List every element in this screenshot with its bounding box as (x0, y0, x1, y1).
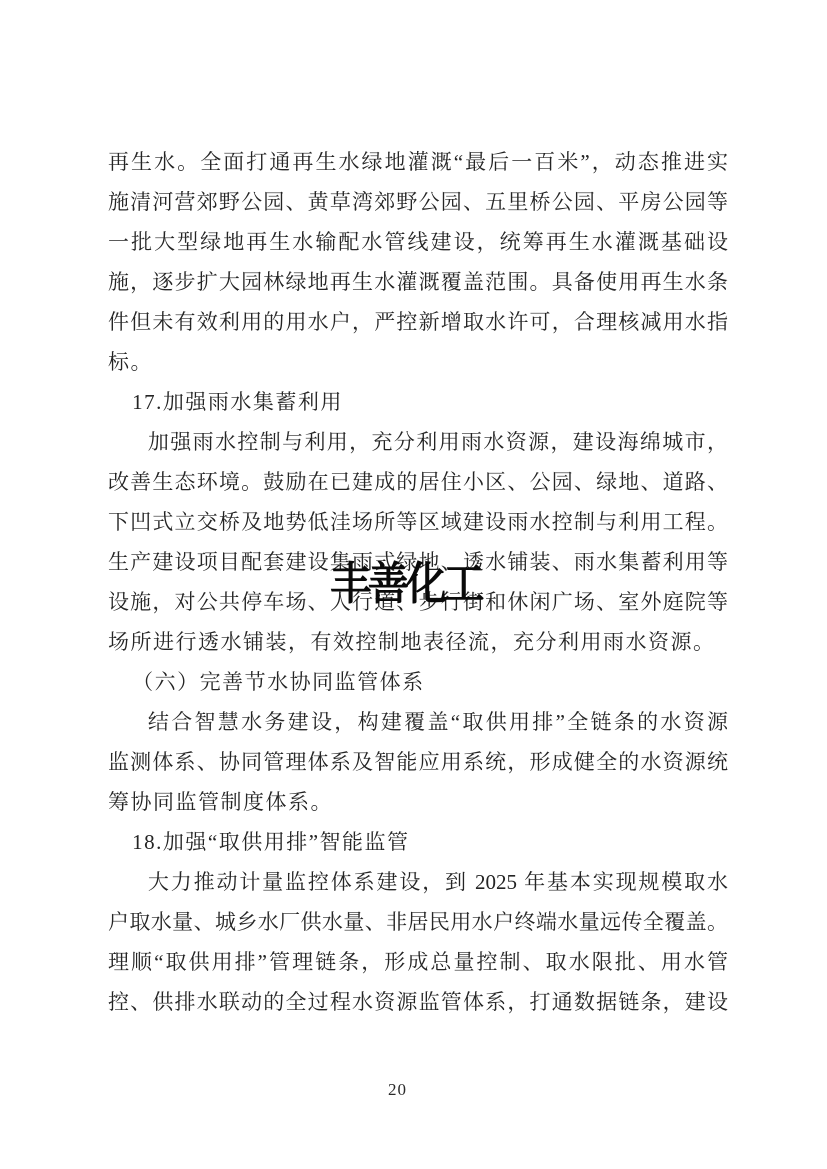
text-line: 理顺“取供用排”管理链条，形成总量控制、取水限批、用水管 (108, 942, 728, 982)
text-line: 场所进行透水铺装，有效控制地表径流，充分利用雨水资源。 (108, 622, 728, 662)
text-line: 17.加强雨水集蓄利用 (108, 382, 728, 422)
text-line: 施，逐步扩大园林绿地再生水灌溉覆盖范围。具备使用再生水条 (108, 262, 728, 302)
text-line: 加强雨水控制与利用，充分利用雨水资源，建设海绵城市， (108, 422, 728, 462)
text-line: 监测体系、协同管理体系及智能应用系统，形成健全的水资源统 (108, 742, 728, 782)
text-line: 一批大型绿地再生水输配水管线建设，统筹再生水灌溉基础设 (108, 222, 728, 262)
text-line: 标。 (108, 342, 728, 382)
text-line: 改善生态环境。鼓励在已建成的居住小区、公园、绿地、道路、 (108, 462, 728, 502)
text-line: 大力推动计量监控体系建设，到 2025 年基本实现规模取水 (108, 862, 728, 902)
text-line: 下凹式立交桥及地势低洼场所等区域建设雨水控制与利用工程。 (108, 502, 728, 542)
text-line: 再生水。全面打通再生水绿地灌溉“最后一百米”，动态推进实 (108, 142, 728, 182)
text-line: 筹协同监管制度体系。 (108, 782, 728, 822)
text-line: 控、供排水联动的全过程水资源监管体系，打通数据链条，建设 (108, 982, 728, 1022)
watermark-overlay: 丰善化工 (330, 561, 481, 606)
text-line: （六）完善节水协同监管体系 (108, 662, 728, 702)
text-line: 件但未有效利用的用水户，严控新增取水许可，合理核减用水指 (108, 302, 728, 342)
text-line: 户取水量、城乡水厂供水量、非居民用水户终端水量远传全覆盖。 (108, 902, 728, 942)
text-line: 18.加强“取供用排”智能监管 (108, 822, 728, 862)
document-page: 再生水。全面打通再生水绿地灌溉“最后一百米”，动态推进实施清河营郊野公园、黄草湾… (0, 0, 827, 1169)
text-line: 施清河营郊野公园、黄草湾郊野公园、五里桥公园、平房公园等 (108, 182, 728, 222)
text-line: 结合智慧水务建设，构建覆盖“取供用排”全链条的水资源 (108, 702, 728, 742)
page-number: 20 (0, 1080, 795, 1100)
